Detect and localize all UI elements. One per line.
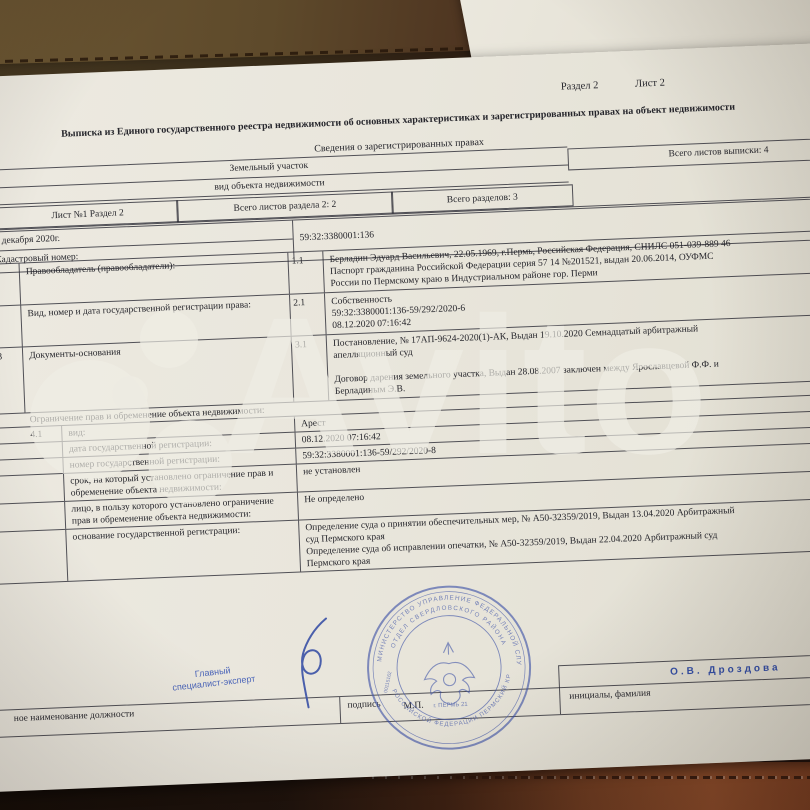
row-label: Документы-основания xyxy=(23,337,294,413)
row-number-spacer xyxy=(0,443,27,460)
restriction-item-spacer xyxy=(28,474,65,502)
row-subnumber: 2.1 xyxy=(290,293,327,335)
restriction-item-spacer xyxy=(30,530,68,582)
name-caption: инициалы, фамилия xyxy=(569,689,651,702)
position-caption: ное наименование должности xyxy=(14,709,135,724)
egrn-extract-sheet: Раздел 2 Лист 2 Выписка из Единого госуд… xyxy=(0,41,810,793)
row-number-spacer xyxy=(0,427,27,444)
row-number-spacer xyxy=(0,503,30,532)
restriction-item-no: 4.1 xyxy=(26,426,63,442)
handwritten-signature xyxy=(288,614,342,711)
restriction-item-spacer xyxy=(29,502,66,530)
row-subnumber: 1.1 xyxy=(288,251,325,293)
sheet-label: Лист 2 xyxy=(635,78,665,90)
row-number: 1 xyxy=(0,264,21,307)
rights-table: 1 Правообладатель (правообладатели): 1.1… xyxy=(0,228,810,585)
page-corner-labels: Раздел 2 Лист 2 xyxy=(527,72,807,94)
divider xyxy=(559,688,561,714)
seal-ring-top-text: МИНИСТЕРСТВО УПРАВЛЕНИЕ ФЕДЕРАЛЬНОЙ СЛУЖ… xyxy=(361,579,522,672)
position-stamp: Главный специалист-эксперт xyxy=(143,659,285,696)
leather-stitch-bottom xyxy=(365,776,810,779)
row-number: 3 xyxy=(0,347,25,414)
row-number: 2 xyxy=(0,306,23,349)
row-number-spacer xyxy=(0,475,29,504)
photo-of-document: { "colors": { "stamp_blue": "#3a55a8", "… xyxy=(0,0,810,810)
row-number-spacer xyxy=(0,531,32,584)
seal-number: 00115162 xyxy=(383,671,393,694)
row-label: основание государственной регистрации: xyxy=(66,521,301,581)
restriction-item-spacer xyxy=(27,458,64,474)
seal-emblem xyxy=(423,642,475,706)
seal-center-text: г. ПЕРМЬ 21 xyxy=(433,702,468,709)
restriction-item-spacer xyxy=(27,442,64,458)
round-official-seal: МИНИСТЕРСТВО УПРАВЛЕНИЕ ФЕДЕРАЛЬНОЙ СЛУЖ… xyxy=(361,579,538,756)
section-label: Раздел 2 xyxy=(561,80,599,92)
row-subnumber: 3.1 xyxy=(292,335,330,401)
row-number-spacer xyxy=(0,459,28,476)
svg-text:МИНИСТЕРСТВО УПРАВЛЕНИЕ ФЕДЕР: МИНИСТЕРСТВО УПРАВЛЕНИЕ ФЕДЕРАЛЬНОЙ СЛУЖ… xyxy=(361,579,522,672)
